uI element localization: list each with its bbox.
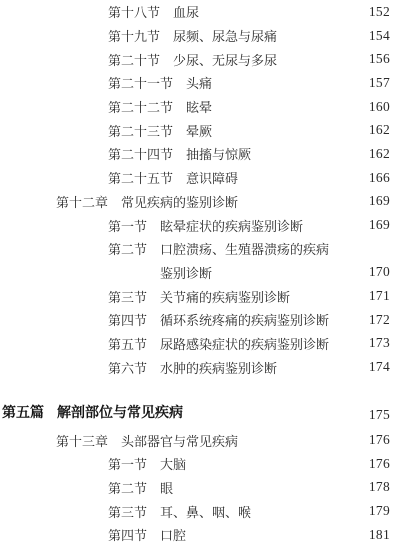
toc-entry-label: 第一节 — [108, 454, 147, 473]
toc-entry-label: 第三节 — [108, 287, 147, 306]
toc-entry-label: 第十八节 — [108, 2, 160, 21]
toc-entry-label: 第四节 — [108, 310, 147, 329]
toc-entry-title: 尿频、尿急与尿痛 — [173, 26, 277, 45]
toc-entry-label: 第一节 — [108, 216, 147, 235]
toc-entry-title: 水肿的疾病鉴别诊断 — [160, 358, 277, 377]
toc-entry-page: 162 — [369, 122, 390, 138]
toc-entry-title: 眼 — [160, 478, 173, 497]
toc-entry-label: 第十三章 — [56, 431, 108, 450]
toc-entry-title: 抽搐与惊厥 — [186, 144, 251, 163]
toc-entry-label: 第二节 — [108, 478, 147, 497]
toc-entry-continuation: 鉴别诊断 170 — [0, 261, 397, 285]
toc-entry-label: 第五节 — [108, 334, 147, 353]
toc-entry-section: 第一节 大脑 176 — [0, 452, 397, 476]
toc-entry-label: 第十二章 — [56, 192, 108, 211]
toc-entry-title: 鉴别诊断 — [160, 263, 212, 282]
toc-entry-title: 常见疾病的鉴别诊断 — [121, 192, 238, 211]
toc-entry-section: 第二十一节 头痛 157 — [0, 71, 397, 95]
toc-entry-page: 154 — [369, 28, 390, 44]
toc-entry-title: 头部器官与常见疾病 — [121, 431, 238, 450]
toc-entry-title: 循环系统疼痛的疾病鉴别诊断 — [160, 310, 329, 329]
toc-entry-section: 第二节 眼 178 — [0, 476, 397, 500]
toc-entry-page: 169 — [369, 217, 390, 233]
toc-entry-page: 179 — [369, 503, 390, 519]
toc-entry-section: 第十八节 血尿 152 — [0, 0, 397, 24]
toc-entry-label: 第二十节 — [108, 50, 160, 69]
toc-entry-label: 第二十四节 — [108, 144, 173, 163]
toc-entry-section: 第六节 水肿的疾病鉴别诊断 174 — [0, 355, 397, 379]
toc-entry-page: 169 — [369, 193, 390, 209]
toc-entry-page: 174 — [369, 359, 390, 375]
toc-entry-page: 175 — [369, 407, 390, 423]
toc-entry-page: 160 — [369, 99, 390, 115]
toc-entry-section: 第十九节 尿频、尿急与尿痛 154 — [0, 24, 397, 48]
toc-entry-page: 156 — [369, 51, 390, 67]
toc-entry-section: 第五节 尿路感染症状的疾病鉴别诊断 173 — [0, 332, 397, 356]
toc-entry-label: 第四节 — [108, 525, 147, 544]
toc-list: 第十八节 血尿 152 第十九节 尿频、尿急与尿痛 154 第二十节 少尿、无尿… — [0, 0, 397, 547]
toc-entry-label: 第三节 — [108, 502, 147, 521]
toc-entry-title: 眩晕症状的疾病鉴别诊断 — [160, 216, 303, 235]
toc-entry-section: 第三节 耳、鼻、咽、喉 179 — [0, 499, 397, 523]
toc-entry-label: 第二十一节 — [108, 73, 173, 92]
toc-entry-label: 第五篇 — [2, 402, 44, 422]
toc-entry-page: 171 — [369, 288, 390, 304]
toc-entry-chapter: 第十三章 头部器官与常见疾病 176 — [0, 428, 397, 452]
toc-entry-page: 172 — [369, 312, 390, 328]
toc-entry-title: 大脑 — [160, 454, 186, 473]
toc-entry-page: 176 — [369, 456, 390, 472]
toc-entry-title: 少尿、无尿与多尿 — [173, 50, 277, 69]
toc-entry-chapter: 第十二章 常见疾病的鉴别诊断 169 — [0, 190, 397, 214]
toc-entry-page: 157 — [369, 75, 390, 91]
toc-entry-section: 第四节 循环系统疼痛的疾病鉴别诊断 172 — [0, 308, 397, 332]
toc-entry-title: 口腔溃疡、生殖器溃疡的疾病 — [160, 239, 329, 258]
toc-entry-section: 第一节 眩晕症状的疾病鉴别诊断 169 — [0, 213, 397, 237]
toc-entry-part: 第五篇 解剖部位与常见疾病 175 — [0, 400, 397, 424]
toc-entry-page: 166 — [369, 170, 390, 186]
toc-entry-section: 第二十四节 抽搐与惊厥 162 — [0, 142, 397, 166]
toc-entry-label: 第二十五节 — [108, 168, 173, 187]
toc-entry-title: 血尿 — [173, 2, 199, 21]
toc-entry-label: 第二节 — [108, 239, 147, 258]
toc-entry-title: 晕厥 — [186, 121, 212, 140]
toc-entry-title: 关节痛的疾病鉴别诊断 — [160, 287, 290, 306]
toc-entry-title: 解剖部位与常见疾病 — [57, 402, 183, 422]
toc-entry-title: 意识障碍 — [186, 168, 238, 187]
toc-entry-section: 第二十三节 晕厥 162 — [0, 118, 397, 142]
toc-entry-section: 第二十二节 眩晕 160 — [0, 95, 397, 119]
toc-page: 第十八节 血尿 152 第十九节 尿频、尿急与尿痛 154 第二十节 少尿、无尿… — [0, 0, 397, 547]
toc-entry-title: 尿路感染症状的疾病鉴别诊断 — [160, 334, 329, 353]
toc-entry-page: 170 — [369, 264, 390, 280]
toc-entry-page: 152 — [369, 4, 390, 20]
toc-entry-label: 第二十三节 — [108, 121, 173, 140]
toc-entry-section: 第二节 口腔溃疡、生殖器溃疡的疾病 — [0, 237, 397, 261]
toc-entry-section: 第二十节 少尿、无尿与多尿 156 — [0, 47, 397, 71]
toc-entry-title: 眩晕 — [186, 97, 212, 116]
toc-entry-label: 第十九节 — [108, 26, 160, 45]
toc-entry-section: 第四节 口腔 181 — [0, 523, 397, 547]
toc-entry-page: 162 — [369, 146, 390, 162]
toc-entry-label: 第二十二节 — [108, 97, 173, 116]
toc-entry-section: 第二十五节 意识障碍 166 — [0, 166, 397, 190]
toc-entry-page: 178 — [369, 479, 390, 495]
toc-entry-page: 176 — [369, 432, 390, 448]
toc-entry-section: 第三节 关节痛的疾病鉴别诊断 171 — [0, 284, 397, 308]
toc-entry-page: 181 — [369, 527, 390, 543]
toc-entry-title: 口腔 — [160, 525, 186, 544]
toc-entry-title: 头痛 — [186, 73, 212, 92]
toc-entry-page: 173 — [369, 335, 390, 351]
toc-entry-label: 第六节 — [108, 358, 147, 377]
toc-entry-title: 耳、鼻、咽、喉 — [160, 502, 251, 521]
